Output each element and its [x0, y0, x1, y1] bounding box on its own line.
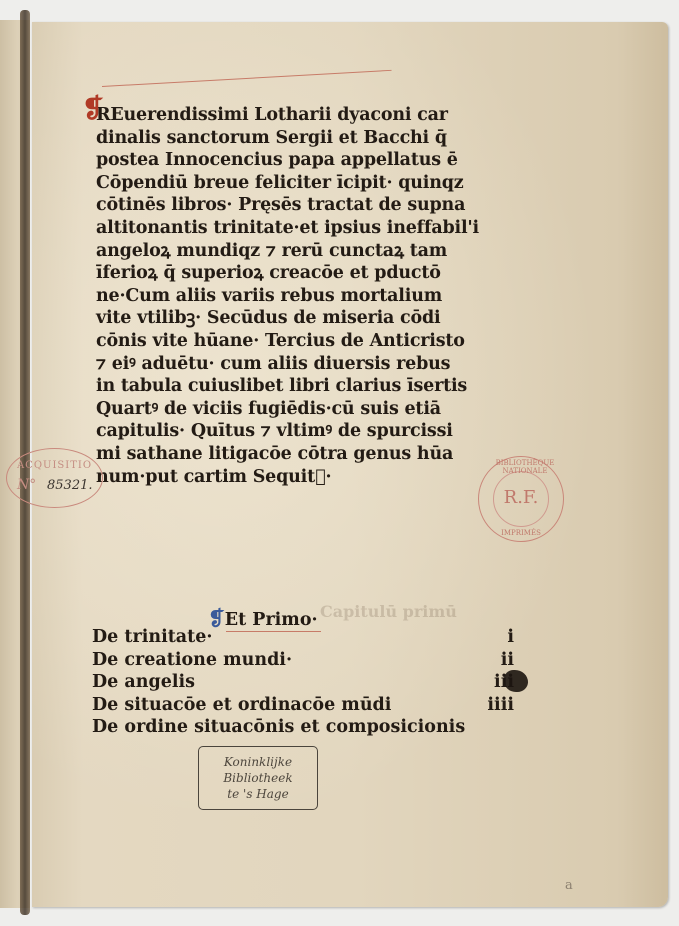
toc-entry: De trinitate· i — [92, 626, 514, 649]
text-line: vite vtilibꝫ· Secūdus de miseria cōdi — [96, 307, 516, 330]
text-line: ⁊ eiꝰ aduētu· cum aliis diuersis rebus — [96, 353, 516, 376]
text-line: dinalis sanctorum Sergii et Bacchi q̄ — [96, 127, 516, 150]
text-line: mi sathane litigacōe cōtra genus hūa — [96, 443, 516, 466]
text-line: capitulis· Quītus ⁊ vltimꝰ de spurcissi — [96, 420, 516, 443]
toc-entry: De creatione mundi· ii — [92, 649, 514, 672]
pilcrow-icon: ❡ — [82, 98, 104, 121]
acquisition-stamp: ACQUISITIO N° 85321. — [6, 448, 103, 508]
toc-entry: De ordine situacōnis et composicionis — [92, 716, 514, 739]
text-line: Quartꝰ de viciis fugiēdis·cū suis etiā — [96, 398, 516, 421]
text-line: īferioꝝ q̄ superioꝝ creacōe et pductō — [96, 262, 516, 285]
text-line: in tabula cuiuslibet libri clarius īsert… — [96, 375, 516, 398]
koninklijke-bibliotheek-stamp: Koninklijke Bibliotheek te 's Hage — [198, 746, 318, 810]
text-line: ne·Cum aliis variis rebus mortalium — [96, 285, 516, 308]
table-of-contents: De trinitate· i De creatione mundi· ii D… — [92, 626, 514, 739]
text-line: Cōpendiū breue feliciter īcipit· quinqz — [96, 172, 516, 195]
text-line: altitonantis trinitate·et ipsius ineffab… — [96, 217, 516, 240]
text-line: REuerendissimi Lotharii dyaconi car — [96, 104, 516, 127]
main-text-block: ❡ REuerendissimi Lotharii dyaconi car di… — [96, 104, 516, 488]
pencil-mark: a — [565, 878, 573, 893]
text-line: num·put cartim Sequit᷑· — [96, 466, 516, 489]
toc-entry: De situacōe et ordinacōe mūdi iiii — [92, 694, 514, 717]
bibliotheque-nationale-stamp: BIBLIOTHÈQUE NATIONALE R.F. IMPRIMÉS — [478, 456, 564, 542]
text-line: angeloꝝ mundiqz ⁊ rerū cunctaꝝ tam — [96, 240, 516, 263]
text-line: cōtinēs libros· Pręsēs tractat de supna — [96, 194, 516, 217]
show-through-text: Capitulū primū — [320, 602, 457, 621]
toc-entry: De angelis iii — [92, 671, 514, 694]
ink-blot — [504, 670, 528, 692]
text-line: cōnis vite hūane· Tercius de Anticristo — [96, 330, 516, 353]
text-line: postea Innocencius papa appellatus ē — [96, 149, 516, 172]
